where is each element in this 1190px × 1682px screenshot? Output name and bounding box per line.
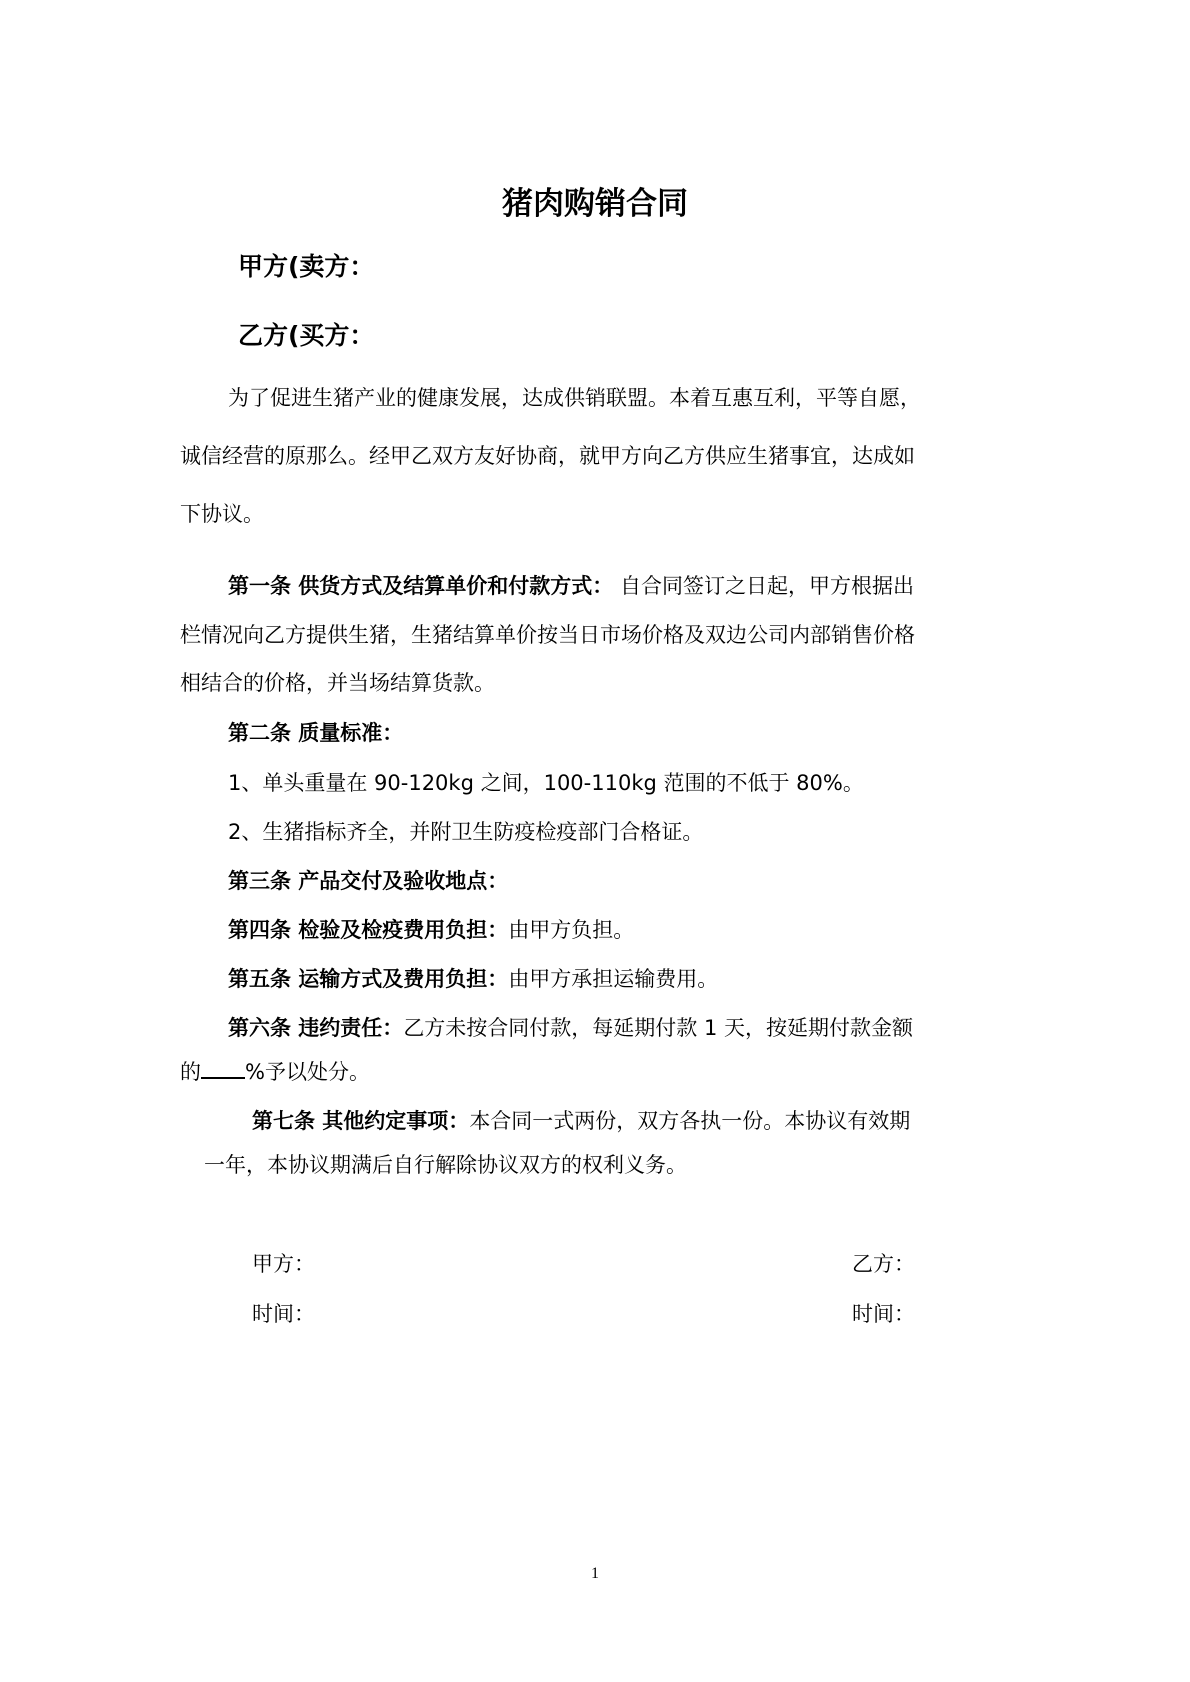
article-7-line-1: 第七条 其他约定事项：本合同一式两份，双方各执一份。本协议有效期 [252,1105,910,1135]
article-3-heading: 第三条 产品交付及验收地点： [228,865,508,895]
article-5-text: 由甲方承担运输费用。 [508,967,718,991]
article-2-item-1: 1、单头重量在 90-120kg 之间，100-110kg 范围的不低于 80%… [228,767,864,797]
penalty-percent-blank [201,1059,245,1079]
signature-time-b: 时间： [852,1298,915,1328]
article-6-line-2: 的%予以处分。 [180,1056,370,1086]
article-5-heading: 第五条 运输方式及费用负担： [228,967,508,991]
article-5: 第五条 运输方式及费用负担：由甲方承担运输费用。 [228,963,718,993]
article-1-line-2: 栏情况向乙方提供生猪，生猪结算单价按当日市场价格及双边公司内部销售价格 [180,619,915,649]
party-a-heading: 甲方(卖方： [238,247,374,283]
page-number: 1 [0,1565,1190,1583]
signature-party-b: 乙方： [852,1248,915,1278]
article-2-heading: 第二条 质量标准： [228,717,403,747]
article-1-heading: 第一条 供货方式及结算单价和付款方式： [228,574,613,598]
article-1-text: 自合同签订之日起，甲方根据出 [613,574,914,598]
article-4-text: 由甲方负担。 [508,918,634,942]
article-6-line-1: 第六条 违约责任：乙方未按合同付款，每延期付款 1 天，按延期付款金额 [228,1012,913,1042]
article-2-item-2: 2、生猪指标齐全，并附卫生防疫检疫部门合格证。 [228,816,703,846]
signature-party-a: 甲方： [252,1248,315,1278]
article-1-line-1: 第一条 供货方式及结算单价和付款方式： 自合同签订之日起，甲方根据出 [228,570,914,600]
signature-time-a: 时间： [252,1298,315,1328]
article-4: 第四条 检验及检疫费用负担：由甲方负担。 [228,914,634,944]
intro-line-1: 为了促进生猪产业的健康发展，达成供销联盟。本着互惠互利，平等自愿， [228,382,921,412]
intro-line-3: 下协议。 [180,498,264,528]
article-6-heading: 第六条 违约责任： [228,1016,403,1040]
article-6-suffix: %予以处分。 [245,1060,370,1084]
article-4-heading: 第四条 检验及检疫费用负担： [228,918,508,942]
article-7-line-2: 一年，本协议期满后自行解除协议双方的权利义务。 [204,1149,687,1179]
intro-line-2: 诚信经营的原那么。经甲乙双方友好协商，就甲方向乙方供应生猪事宜，达成如 [180,440,915,470]
article-7-heading: 第七条 其他约定事项： [252,1109,469,1133]
document-title: 猪肉购销合同 [0,178,1190,223]
article-7-text: 本合同一式两份，双方各执一份。本协议有效期 [469,1109,910,1133]
article-6-prefix: 的 [180,1060,201,1084]
article-6-text: 乙方未按合同付款，每延期付款 1 天，按延期付款金额 [403,1016,913,1040]
party-b-heading: 乙方(买方： [238,316,374,352]
article-1-line-3: 相结合的价格，并当场结算货款。 [180,667,495,697]
